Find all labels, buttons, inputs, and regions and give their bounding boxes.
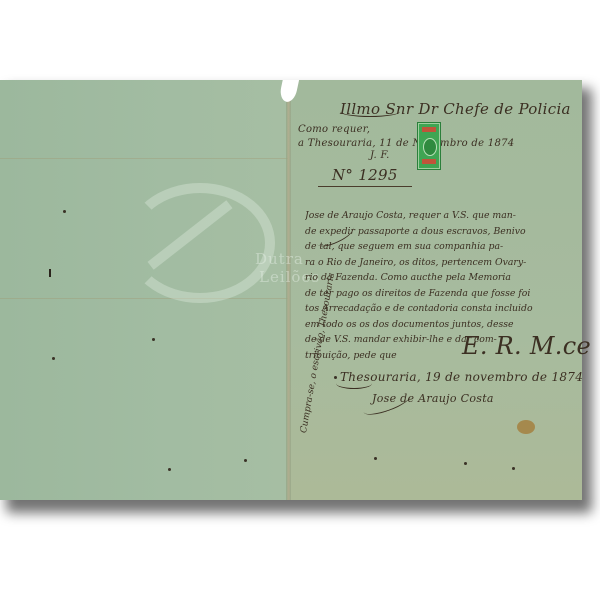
ink-speck (52, 357, 55, 360)
stamp-portrait-icon (423, 138, 437, 156)
ink-speck (464, 462, 467, 465)
center-fold (286, 80, 291, 500)
document-number: N° 1295 (318, 166, 412, 187)
watermark-logo-icon (125, 183, 275, 303)
stamp-label-top (422, 127, 436, 132)
fold-line (0, 158, 288, 159)
place-date: Thesouraria, 19 de novembro de 1874 (340, 370, 583, 384)
body-line: de tal, que seguem em sua companhia pa- (305, 239, 573, 255)
fold-line (0, 298, 288, 299)
ink-speck (334, 376, 337, 379)
heading-line-1: Como requer, (298, 124, 370, 135)
ink-speck (512, 467, 515, 470)
closing-formula: E. R. M.ce (462, 332, 591, 360)
heading-line-2: a Thesouraria, 11 de Novembro de 1874 (298, 138, 514, 149)
stain (517, 420, 535, 434)
ink-speck (374, 457, 377, 460)
body-line: tos Arrecadação e de contadoria consta i… (305, 301, 573, 317)
body-line: em todo os os dos documentos juntos, des… (305, 317, 573, 333)
ink-speck (168, 468, 171, 471)
flourish (336, 378, 372, 389)
revenue-stamp (417, 122, 441, 170)
body-line: de ter pago os direitos de Fazenda que f… (305, 286, 573, 302)
stamp-label-bottom (422, 159, 436, 164)
initials: J. F. (370, 150, 390, 161)
flourish (340, 106, 400, 117)
ink-mark (49, 269, 51, 277)
ink-speck (152, 338, 155, 341)
body-line: rio da Fazenda. Como aucthe pela Memoria (305, 270, 573, 286)
body-line: ra o Rio de Janeiro, os ditos, pertencem… (305, 255, 573, 271)
ink-speck (244, 459, 247, 462)
body-line: Jose de Araujo Costa, requer a V.S. que … (305, 208, 573, 224)
ink-speck (63, 210, 66, 213)
